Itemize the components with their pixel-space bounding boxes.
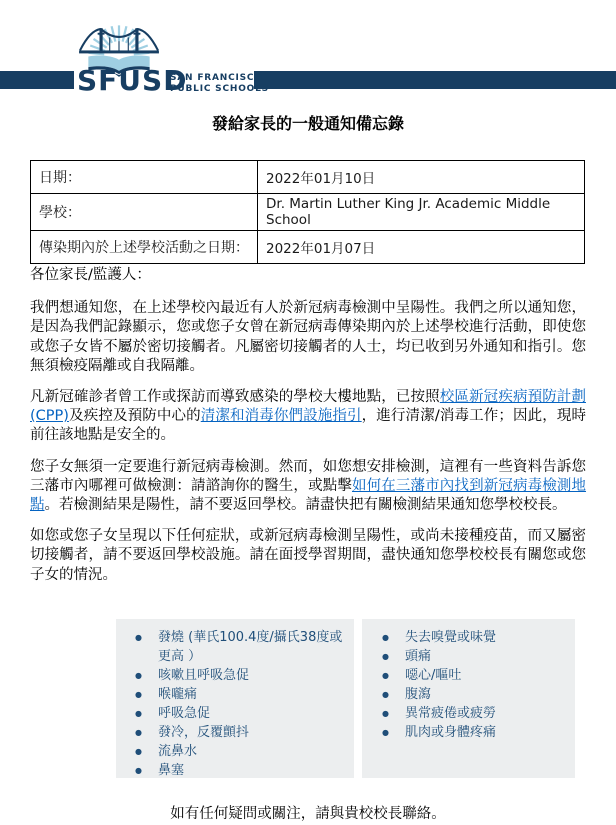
exposure-date-value: 2022年01月07日 bbox=[258, 231, 585, 264]
symptom-list-left: 發燒 (華氏100.4度/攝氏38度或更高 ） 咳嗽且呼吸急促 喉嚨痛 呼吸急促… bbox=[116, 628, 354, 780]
date-value: 2022年01月10日 bbox=[258, 161, 585, 194]
paragraph-testing: 您子女無須一定要進行新冠病毒檢測。然而，如您想安排檢測，這裡有一些資料告訴您三藩… bbox=[30, 458, 586, 516]
salutation: 各位家長/監護人： bbox=[30, 266, 586, 285]
symptom-item: 腹瀉 bbox=[405, 685, 573, 704]
logo-org-line1: SAN FRANCISCO bbox=[170, 73, 269, 84]
symptom-item: 噁心/嘔吐 bbox=[405, 666, 573, 685]
symptom-item: 呼吸急促 bbox=[158, 704, 352, 723]
paragraph-cleaning: 凡新冠確診者曾工作或探訪而導致感染的學校大樓地點，已按照校區新冠疾病預防計劃(C… bbox=[30, 388, 586, 446]
symptom-item: 流鼻水 bbox=[158, 742, 352, 761]
symptom-item: 發冷，反覆顫抖 bbox=[158, 723, 352, 742]
p2-text-pre: 凡新冠確診者曾工作或探訪而導致感染的學校大樓地點，已按照 bbox=[30, 389, 440, 405]
symptom-item: 喉嚨痛 bbox=[158, 685, 352, 704]
symptom-item: 失去嗅覺或味覺 bbox=[405, 628, 573, 647]
symptom-item: 鼻塞 bbox=[158, 761, 352, 780]
paragraph-notification: 我們想通知您，在上述學校內最近有人於新冠病毒檢測中呈陽性。我們之所以通知您，是因… bbox=[30, 299, 586, 376]
logo-org-name: SAN FRANCISCO PUBLIC SCHOOLS bbox=[170, 73, 269, 95]
header-bar-right bbox=[254, 71, 616, 89]
footer-contact-note: 如有任何疑問或關注，請與貴校校長聯絡。 bbox=[0, 802, 616, 823]
table-row-date: 日期： 2022年01月10日 bbox=[31, 161, 585, 194]
p3-text-post: 。若檢測結果是陽性，請不要返回學校。請盡快把有關檢測結果通知您學校校長。 bbox=[45, 497, 567, 513]
body-text: 各位家長/監護人： 我們想通知您，在上述學校內最近有人於新冠病毒檢測中呈陽性。我… bbox=[30, 266, 586, 597]
exposure-date-label: 傳染期內於上述學校活動之日期： bbox=[31, 231, 258, 264]
symptom-item: 異常疲倦或疲勞 bbox=[405, 704, 573, 723]
p2-text-mid: 及疾控及預防中心的 bbox=[69, 408, 201, 424]
cdc-cleaning-link[interactable]: 清潔和消毒你們設施指引 bbox=[201, 408, 362, 424]
table-row-school: 學校： Dr. Martin Luther King Jr. Academic … bbox=[31, 194, 585, 231]
memo-page: SFUSD SAN FRANCISCO PUBLIC SCHOOLS 發給家長的… bbox=[0, 0, 616, 825]
symptom-item: 肌肉或身體疼痛 bbox=[405, 723, 573, 742]
symptoms-column-left: 發燒 (華氏100.4度/攝氏38度或更高 ） 咳嗽且呼吸急促 喉嚨痛 呼吸急促… bbox=[116, 619, 354, 778]
paragraph-symptoms-warning: 如您或您子女呈現以下任何症狀，或新冠病毒檢測呈陽性，或尚未接種疫苗，而又屬密切接… bbox=[30, 527, 586, 585]
school-label: 學校： bbox=[31, 194, 258, 231]
date-label: 日期： bbox=[31, 161, 258, 194]
symptom-item: 咳嗽且呼吸急促 bbox=[158, 666, 352, 685]
table-row-exposure-date: 傳染期內於上述學校活動之日期： 2022年01月07日 bbox=[31, 231, 585, 264]
symptom-item: 頭痛 bbox=[405, 647, 573, 666]
school-value: Dr. Martin Luther King Jr. Academic Midd… bbox=[258, 194, 585, 231]
symptoms-column-right: 失去嗅覺或味覺 頭痛 噁心/嘔吐 腹瀉 異常疲倦或疲勞 肌肉或身體疼痛 bbox=[362, 619, 575, 778]
header-bar-left bbox=[0, 71, 74, 89]
symptom-list-right: 失去嗅覺或味覺 頭痛 噁心/嘔吐 腹瀉 異常疲倦或疲勞 肌肉或身體疼痛 bbox=[362, 628, 575, 742]
page-title: 發給家長的一般通知備忘錄 bbox=[0, 111, 616, 134]
symptom-item: 發燒 (華氏100.4度/攝氏38度或更高 ） bbox=[158, 628, 352, 666]
logo-org-line2: PUBLIC SCHOOLS bbox=[170, 84, 269, 95]
info-table: 日期： 2022年01月10日 學校： Dr. Martin Luther Ki… bbox=[30, 160, 585, 264]
symptoms-box: 發燒 (華氏100.4度/攝氏38度或更高 ） 咳嗽且呼吸急促 喉嚨痛 呼吸急促… bbox=[116, 619, 575, 778]
